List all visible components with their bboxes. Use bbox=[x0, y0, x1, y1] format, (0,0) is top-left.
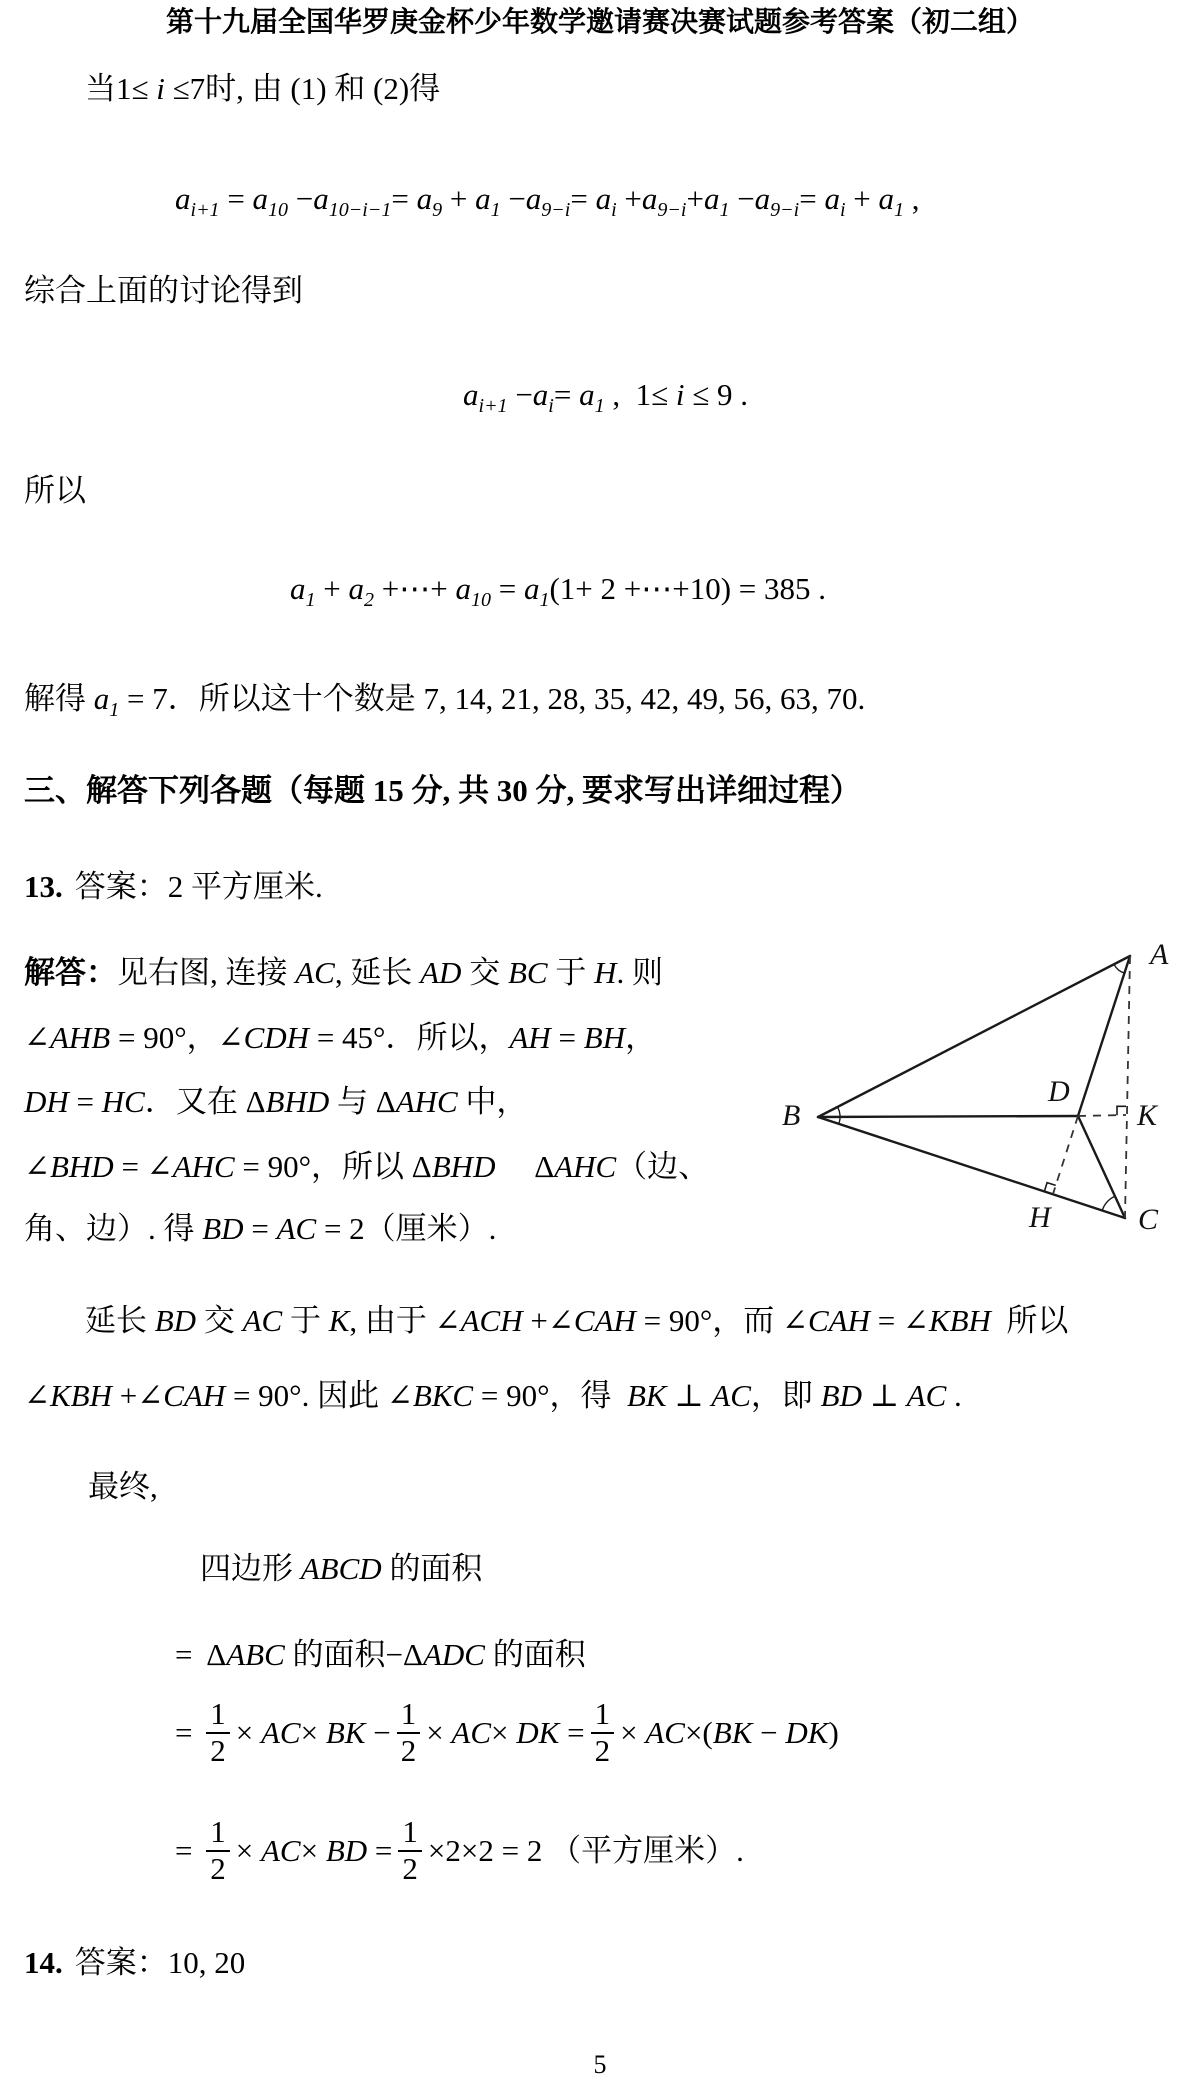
q14-answer-line: 14.答案：10, 20 bbox=[24, 1942, 245, 1984]
fraction-numerator: 1 bbox=[206, 1697, 230, 1732]
fraction-denominator: 2 bbox=[206, 1850, 230, 1887]
fraction-one-half: 12 bbox=[591, 1697, 615, 1768]
q13-solution-line-2: ∠AHB = 90°，∠CDH = 45°．所以，AH = BH， bbox=[24, 1017, 656, 1059]
dashed-line-AC bbox=[1125, 956, 1130, 1218]
para-therefore: 所以 bbox=[24, 470, 86, 512]
q13-solution-line-3: DH = HC．又在 ΔBHD 与 ΔAHC 中， bbox=[24, 1081, 527, 1123]
right-angle-mark-K bbox=[1117, 1106, 1126, 1115]
eq2-segment-4: × AC×(BK − DK) bbox=[620, 1713, 839, 1753]
vertex-label-B: B bbox=[782, 1099, 800, 1132]
fraction-numerator: 1 bbox=[206, 1815, 230, 1850]
eq3-segment-3: ×2×2 = 2 （平方厘米）. bbox=[428, 1831, 744, 1871]
para-summary: 综合上面的讨论得到 bbox=[24, 270, 303, 312]
q13-number: 13. bbox=[24, 869, 63, 904]
edge-BD bbox=[818, 1116, 1078, 1117]
page-title: 第十九届全国华罗庚金杯少年数学邀请赛决赛试题参考答案（初二组） bbox=[0, 6, 1200, 40]
eq3-segment-1: = bbox=[175, 1831, 200, 1871]
formula-sum: a1 + a2 +⋯+ a10 = a1(1+ 2 +⋯+10) = 385 . bbox=[290, 568, 826, 610]
edge-BC bbox=[818, 1117, 1125, 1218]
edge-DC bbox=[1078, 1116, 1125, 1218]
geometry-figure: A B D K H C bbox=[770, 898, 1190, 1243]
q14-answer-text: 答案：10, 20 bbox=[75, 1945, 246, 1980]
fraction-one-half: 12 bbox=[206, 1697, 230, 1768]
para-conclusion: 解得 a1 = 7．所以这十个数是 7, 14, 21, 28, 35, 42,… bbox=[24, 678, 865, 720]
vertex-label-C: C bbox=[1138, 1203, 1159, 1236]
fraction-one-half: 12 bbox=[397, 1697, 421, 1768]
vertex-label-D: D bbox=[1047, 1075, 1070, 1108]
q13-para-k-line-2: ∠KBH +∠CAH = 90°. 因此 ∠BKC = 90°，得 BK ⊥ A… bbox=[24, 1375, 962, 1417]
eq3-segment-2: × AC× BD = bbox=[236, 1831, 393, 1871]
q13-answer-text: 答案：2 平方厘米. bbox=[75, 869, 323, 904]
eq2-segment-2: × AC× BK − bbox=[236, 1713, 391, 1753]
document-page: 第十九届全国华罗庚金杯少年数学邀请赛决赛试题参考答案（初二组） 当1≤ i ≤7… bbox=[0, 0, 1200, 2091]
q13-solution-line-4: ∠BHD = ∠AHC = 90°，所以 ΔBHD ΔAHC（边、 bbox=[24, 1146, 709, 1188]
formula-recurrence: ai+1 = a10 −a10−i−1= a9 + a1 −a9−i= ai +… bbox=[175, 178, 920, 220]
q13-area-title: 四边形 ABCD 的面积 bbox=[200, 1548, 482, 1590]
eq2-segment-1: = bbox=[175, 1713, 200, 1753]
angle-arc-C bbox=[1102, 1196, 1115, 1210]
fraction-denominator: 2 bbox=[591, 1732, 615, 1769]
intro-line: 当1≤ i ≤7时, 由 (1) 和 (2)得 bbox=[85, 68, 440, 110]
formula-difference: ai+1 −ai= a1 , 1≤ i ≤ 9 . bbox=[463, 374, 748, 416]
dashed-line-DH bbox=[1053, 1116, 1078, 1194]
vertex-label-H: H bbox=[1028, 1201, 1053, 1234]
fraction-denominator: 2 bbox=[397, 1732, 421, 1769]
q13-area-eq-2: = 12 × AC× BK − 12 × AC× DK = 12 × AC×(B… bbox=[175, 1697, 839, 1768]
fraction-one-half: 12 bbox=[398, 1815, 422, 1886]
fraction-denominator: 2 bbox=[206, 1732, 230, 1769]
fraction-numerator: 1 bbox=[591, 1697, 615, 1732]
eq2-segment-3: × AC× DK = bbox=[426, 1713, 584, 1753]
q13-area-eq-1: = ΔABC 的面积−ΔADC 的面积 bbox=[175, 1634, 586, 1676]
q14-number: 14. bbox=[24, 1945, 63, 1980]
vertex-label-K: K bbox=[1136, 1099, 1159, 1132]
q13-solution-line-5: 角、边）. 得 BD = AC = 2（厘米）. bbox=[24, 1208, 496, 1250]
q13-area-eq-3: = 12 × AC× BD = 12 ×2×2 = 2 （平方厘米）. bbox=[175, 1815, 744, 1886]
page-number: 5 bbox=[0, 2050, 1200, 2080]
fraction-denominator: 2 bbox=[398, 1850, 422, 1887]
vertex-label-A: A bbox=[1148, 938, 1169, 971]
q13-final-label: 最终, bbox=[88, 1466, 158, 1508]
q13-solution-line-1: 解答：见右图, 连接 AC, 延长 AD 交 BC 于 H. 则 bbox=[24, 952, 663, 994]
fraction-one-half: 12 bbox=[206, 1815, 230, 1886]
fraction-numerator: 1 bbox=[398, 1815, 422, 1850]
edge-BA bbox=[818, 956, 1130, 1117]
section3-heading: 三、解答下列各题（每题 15 分, 共 30 分, 要求写出详细过程） bbox=[24, 770, 861, 812]
fraction-numerator: 1 bbox=[397, 1697, 421, 1732]
angle-arc-B bbox=[838, 1107, 840, 1124]
dashed-line-DK bbox=[1078, 1115, 1126, 1116]
q13-para-k-line-1: 延长 BD 交 AC 于 K, 由于 ∠ACH +∠CAH = 90°，而 ∠C… bbox=[85, 1300, 1068, 1342]
q13-answer-line: 13.答案：2 平方厘米. bbox=[24, 866, 323, 908]
angle-arc-A bbox=[1114, 964, 1124, 973]
